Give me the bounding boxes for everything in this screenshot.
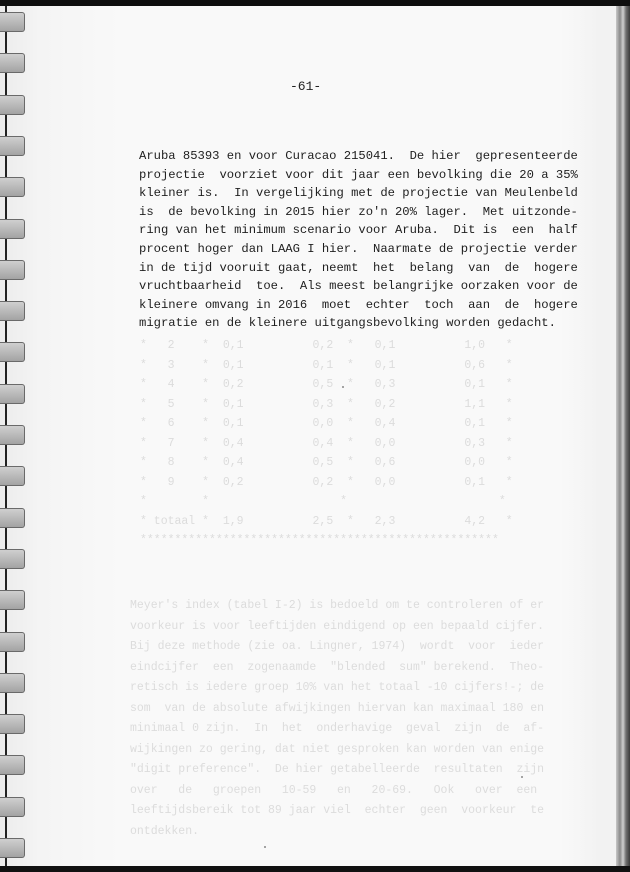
binding-ring <box>0 95 25 115</box>
paragraph-line: Aruba 85393 en voor Curacao 215041. De h… <box>139 147 523 166</box>
bleed-through-row: * 5 * 0,1 0,3 * 0,2 1,1 * <box>140 395 513 415</box>
page-stack-edge <box>616 6 630 866</box>
scan-speck <box>342 386 344 388</box>
bleed-through-row: * 7 * 0,4 0,4 * 0,0 0,3 * <box>140 434 513 454</box>
binding-ring <box>0 136 25 156</box>
bleed-through-line: ontdekken. <box>130 822 510 843</box>
binding-ring <box>0 425 25 445</box>
bleed-through-line: leeftijdsbereik tot 89 jaar viel echter … <box>130 801 510 822</box>
scan-speck <box>521 776 523 778</box>
bleed-through-text: Meyer's index (tabel I-2) is bedoeld om … <box>130 596 510 842</box>
binding-ring <box>0 590 25 610</box>
paragraph-line: kleinere omvang in 2016 moet echter toch… <box>139 296 523 315</box>
binding-ring <box>0 714 25 734</box>
bleed-through-line: Bij deze methode (zie oa. Lingner, 1974)… <box>130 637 510 658</box>
paragraph-line: projectie voorziet voor dit jaar een bev… <box>139 166 523 185</box>
paragraph-line: is de bevolking in 2015 hier zo'n 20% la… <box>139 203 523 222</box>
binding-ring <box>0 466 25 486</box>
binding-ring <box>0 755 25 775</box>
binding-ring <box>0 673 25 693</box>
binding-ring <box>0 177 25 197</box>
scan-bottom-border <box>0 866 630 872</box>
bleed-through-row: * 3 * 0,1 0,1 * 0,1 0,6 * <box>140 356 513 376</box>
binding-ring <box>0 53 25 73</box>
bleed-through-row: ****************************************… <box>140 531 513 551</box>
binding-ring <box>0 508 25 528</box>
bleed-through-row: * totaal * 1,9 2,5 * 2,3 4,2 * <box>140 512 513 532</box>
body-paragraph: Aruba 85393 en voor Curacao 215041. De h… <box>139 147 523 333</box>
bleed-through-row: * 8 * 0,4 0,5 * 0,6 0,0 * <box>140 453 513 473</box>
bleed-through-line: minimaal 0 zijn. In het onderhavige geva… <box>130 719 510 740</box>
bleed-through-line: voorkeur is voor leeftijden eindigend op… <box>130 617 510 638</box>
bleed-through-row: * 9 * 0,2 0,2 * 0,0 0,1 * <box>140 473 513 493</box>
bleed-through-line: "digit preference". De hier getabelleerd… <box>130 760 510 781</box>
scan-speck <box>264 846 266 848</box>
bleed-through-line: wijkingen zo gering, dat niet gesproken … <box>130 740 510 761</box>
binding-ring <box>0 838 25 858</box>
binding-ring <box>0 12 25 32</box>
binding-ring <box>0 384 25 404</box>
binding-ring <box>0 549 25 569</box>
binding-ring <box>0 301 25 321</box>
paragraph-line: ring van het minimum scenario voor Aruba… <box>139 221 523 240</box>
binding-ring <box>0 219 25 239</box>
bleed-through-line: eindcijfer een zogenaamde "blended sum" … <box>130 658 510 679</box>
binding-ring <box>0 260 25 280</box>
paragraph-line: procent hoger dan LAAG I hier. Naarmate … <box>139 240 523 259</box>
bleed-through-row: * 4 * 0,2 0,5 * 0,3 0,1 * <box>140 375 513 395</box>
paragraph-line: kleiner is. In vergelijking met de proje… <box>139 184 523 203</box>
paragraph-line: in de tijd vooruit gaat, neemt het belan… <box>139 259 523 278</box>
bleed-through-line: Meyer's index (tabel I-2) is bedoeld om … <box>130 596 510 617</box>
bleed-through-line: som van de absolute afwijkingen hiervan … <box>130 699 510 720</box>
paragraph-line: vruchtbaarheid toe. Als meest belangrijk… <box>139 277 523 296</box>
bleed-through-line: over de groepen 10-59 en 20-69. Ook over… <box>130 781 510 802</box>
bleed-through-table: * 2 * 0,1 0,2 * 0,1 1,0 ** 3 * 0,1 0,1 *… <box>140 336 513 551</box>
page-number: -61- <box>290 79 321 94</box>
binding-ring <box>0 342 25 362</box>
binding-ring <box>0 797 25 817</box>
bleed-through-row: * * * * <box>140 492 513 512</box>
bleed-through-row: * 2 * 0,1 0,2 * 0,1 1,0 * <box>140 336 513 356</box>
bleed-through-line: retisch is iedere groep 10% van het tota… <box>130 678 510 699</box>
bleed-through-row: * 6 * 0,1 0,0 * 0,4 0,1 * <box>140 414 513 434</box>
paragraph-line: migratie en de kleinere uitgangsbevolkin… <box>139 314 523 333</box>
binding-ring <box>0 632 25 652</box>
